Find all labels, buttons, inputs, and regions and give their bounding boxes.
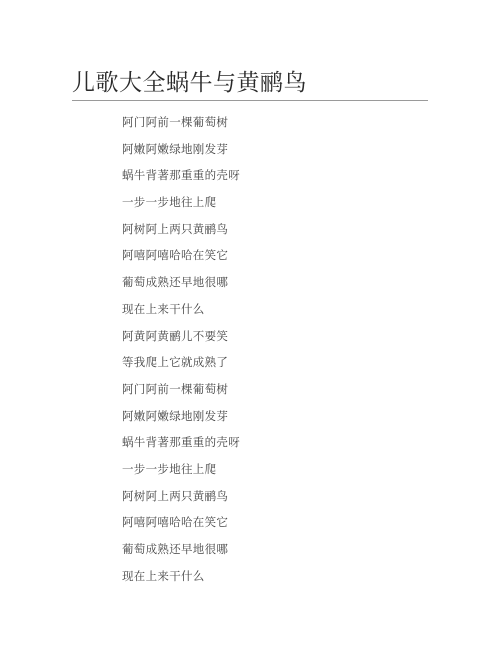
lyric-line: 蜗牛背著那重重的壳呀 [122, 162, 240, 189]
lyric-line: 阿嘻阿嘻哈哈在笑它 [122, 242, 240, 269]
lyric-line: 阿嫩阿嫩绿地刚发芽 [122, 403, 240, 430]
lyric-line: 阿嘻阿嘻哈哈在笑它 [122, 509, 240, 536]
lyric-line: 阿门阿前一棵葡萄树 [122, 376, 240, 403]
lyric-line: 葡萄成熟还早地很哪 [122, 536, 240, 563]
lyric-line: 现在上来干什么 [122, 563, 240, 590]
lyric-line: 蜗牛背著那重重的壳呀 [122, 429, 240, 456]
lyric-line: 一步一步地往上爬 [122, 189, 240, 216]
lyric-line: 阿门阿前一棵葡萄树 [122, 109, 240, 136]
lyric-line: 一步一步地往上爬 [122, 456, 240, 483]
lyric-line: 阿嫩阿嫩绿地刚发芽 [122, 136, 240, 163]
title-divider [72, 100, 428, 101]
lyric-line: 阿黄阿黄鹂儿不要笑 [122, 323, 240, 350]
document-title: 儿歌大全蜗牛与黄鹂鸟 [72, 68, 307, 98]
lyric-line: 葡萄成熟还早地很哪 [122, 269, 240, 296]
lyric-line: 等我爬上它就成熟了 [122, 349, 240, 376]
lyric-line: 现在上来干什么 [122, 296, 240, 323]
document-page: 儿歌大全蜗牛与黄鹂鸟 阿门阿前一棵葡萄树 阿嫩阿嫩绿地刚发芽 蜗牛背著那重重的壳… [0, 0, 500, 648]
lyric-line: 阿树阿上两只黄鹂鸟 [122, 483, 240, 510]
lyric-line: 阿树阿上两只黄鹂鸟 [122, 216, 240, 243]
lyrics-list: 阿门阿前一棵葡萄树 阿嫩阿嫩绿地刚发芽 蜗牛背著那重重的壳呀 一步一步地往上爬 … [122, 109, 240, 589]
